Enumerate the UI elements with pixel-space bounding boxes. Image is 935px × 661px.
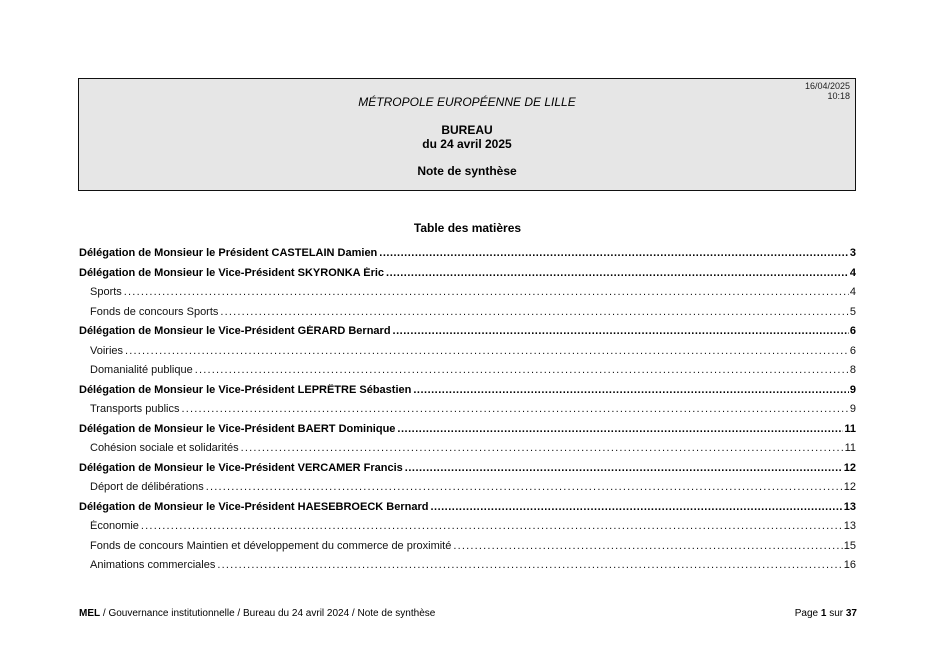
- toc-entry-page: 11: [844, 423, 856, 435]
- toc-entry-label: Délégation de Monsieur le Vice-Président…: [79, 462, 403, 474]
- toc-entry-section[interactable]: Sports4: [79, 286, 856, 306]
- toc-entry-section[interactable]: Domanialité publique8: [79, 364, 856, 384]
- toc-entry-page: 3: [850, 247, 856, 259]
- toc-dot-leader: [413, 384, 849, 396]
- footer-path: / Gouvernance institutionnelle / Bureau …: [100, 608, 435, 619]
- table-of-contents: Délégation de Monsieur le Président CAST…: [79, 247, 856, 579]
- meeting-date: du 24 avril 2025: [79, 137, 855, 151]
- toc-entry-delegation[interactable]: Délégation de Monsieur le Vice-Président…: [79, 423, 856, 443]
- toc-entry-section[interactable]: Transports publics9: [79, 403, 856, 423]
- toc-dot-leader: [379, 247, 849, 259]
- toc-entry-section[interactable]: Déport de délibérations12: [79, 481, 856, 501]
- toc-entry-delegation[interactable]: Délégation de Monsieur le Vice-Président…: [79, 267, 856, 287]
- toc-entry-section[interactable]: Économie13: [79, 520, 856, 540]
- toc-entry-page: 4: [850, 267, 856, 279]
- toc-dot-leader: [430, 501, 842, 513]
- toc-entry-page: 13: [844, 520, 856, 532]
- toc-dot-leader: [124, 286, 849, 298]
- toc-dot-leader: [125, 345, 849, 357]
- toc-entry-label: Transports publics: [90, 403, 179, 415]
- toc-dot-leader: [141, 520, 843, 532]
- toc-entry-page: 12: [844, 462, 856, 474]
- meeting-title: BUREAU du 24 avril 2025: [79, 123, 855, 151]
- meeting-name: BUREAU: [79, 123, 855, 137]
- toc-entry-page: 4: [850, 286, 856, 298]
- toc-entry-label: Voiries: [90, 345, 123, 357]
- page-separator: sur: [826, 608, 845, 619]
- toc-entry-label: Économie: [90, 520, 139, 532]
- toc-dot-leader: [195, 364, 849, 376]
- footer-breadcrumb: MEL / Gouvernance institutionnelle / Bur…: [79, 608, 435, 619]
- toc-entry-label: Délégation de Monsieur le Vice-Président…: [79, 325, 391, 337]
- toc-entry-section[interactable]: Voiries6: [79, 345, 856, 365]
- toc-entry-page: 12: [844, 481, 856, 493]
- toc-entry-page: 5: [850, 306, 856, 318]
- toc-entry-section[interactable]: Cohésion sociale et solidarités11: [79, 442, 856, 462]
- toc-title: Table des matières: [0, 221, 935, 235]
- document-header: 16/04/2025 10:18 MÉTROPOLE EUROPÉENNE DE…: [78, 78, 856, 191]
- toc-entry-delegation[interactable]: Délégation de Monsieur le Vice-Président…: [79, 462, 856, 482]
- toc-entry-label: Délégation de Monsieur le Président CAST…: [79, 247, 377, 259]
- page-total: 37: [846, 608, 857, 619]
- toc-entry-section[interactable]: Fonds de concours Sports5: [79, 306, 856, 326]
- page-prefix: Page: [795, 608, 821, 619]
- toc-entry-label: Délégation de Monsieur le Vice-Président…: [79, 423, 395, 435]
- toc-entry-label: Cohésion sociale et solidarités: [90, 442, 239, 454]
- toc-entry-delegation[interactable]: Délégation de Monsieur le Vice-Président…: [79, 501, 856, 521]
- toc-dot-leader: [453, 540, 842, 552]
- toc-entry-label: Fonds de concours Maintien et développem…: [90, 540, 451, 552]
- toc-dot-leader: [386, 267, 849, 279]
- toc-entry-section[interactable]: Fonds de concours Maintien et développem…: [79, 540, 856, 560]
- toc-entry-delegation[interactable]: Délégation de Monsieur le Vice-Président…: [79, 384, 856, 404]
- toc-entry-page: 9: [850, 403, 856, 415]
- footer-org-abbrev: MEL: [79, 608, 100, 619]
- toc-entry-page: 6: [850, 325, 856, 337]
- toc-entry-label: Animations commerciales: [90, 559, 215, 571]
- toc-entry-label: Délégation de Monsieur le Vice-Président…: [79, 267, 384, 279]
- toc-entry-section[interactable]: Animations commerciales16: [79, 559, 856, 579]
- toc-entry-label: Domanialité publique: [90, 364, 193, 376]
- toc-dot-leader: [393, 325, 849, 337]
- toc-entry-page: 13: [844, 501, 856, 513]
- toc-entry-label: Fonds de concours Sports: [90, 306, 218, 318]
- toc-entry-label: Délégation de Monsieur le Vice-Président…: [79, 501, 428, 513]
- toc-entry-label: Délégation de Monsieur le Vice-Président…: [79, 384, 411, 396]
- toc-dot-leader: [181, 403, 848, 415]
- organization-name: MÉTROPOLE EUROPÉENNE DE LILLE: [79, 95, 855, 109]
- toc-entry-label: Sports: [90, 286, 122, 298]
- toc-entry-page: 16: [844, 559, 856, 571]
- page-indicator: Page 1 sur 37: [795, 608, 857, 619]
- toc-entry-page: 15: [844, 540, 856, 552]
- print-date: 16/04/2025: [805, 81, 850, 91]
- document-type: Note de synthèse: [79, 164, 855, 178]
- toc-entry-page: 8: [850, 364, 856, 376]
- toc-dot-leader: [206, 481, 843, 493]
- toc-dot-leader: [405, 462, 843, 474]
- toc-dot-leader: [241, 442, 844, 454]
- toc-dot-leader: [397, 423, 843, 435]
- toc-entry-delegation[interactable]: Délégation de Monsieur le Vice-Président…: [79, 325, 856, 345]
- toc-dot-leader: [220, 306, 848, 318]
- toc-entry-label: Déport de délibérations: [90, 481, 204, 493]
- toc-entry-page: 9: [850, 384, 856, 396]
- toc-dot-leader: [217, 559, 842, 571]
- toc-entry-page: 6: [850, 345, 856, 357]
- toc-entry-page: 11: [845, 442, 856, 454]
- toc-entry-delegation[interactable]: Délégation de Monsieur le Président CAST…: [79, 247, 856, 267]
